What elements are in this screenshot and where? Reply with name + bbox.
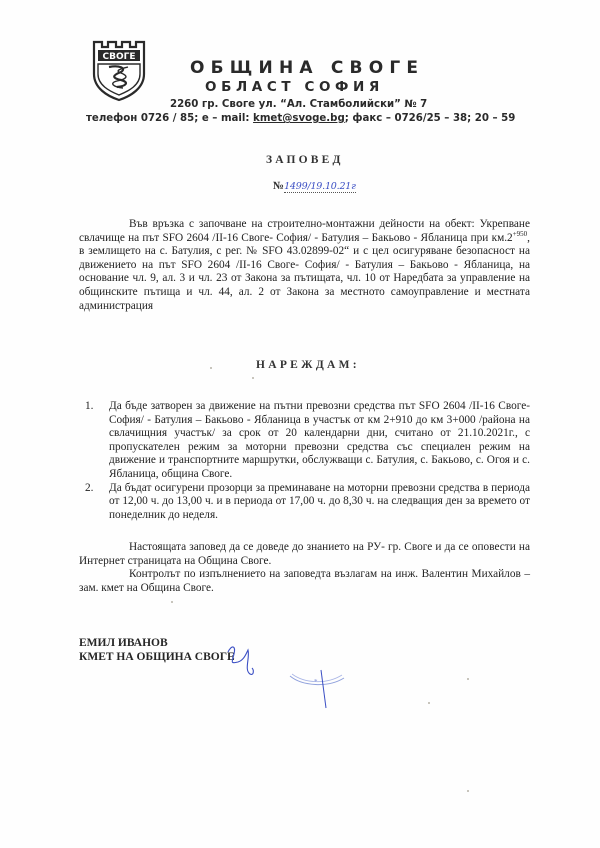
intro-paragraph: Във връзка с започване на строително-мон… <box>79 218 530 313</box>
svg-text:*: * <box>314 678 318 686</box>
order-number: 1. <box>85 400 93 414</box>
order-item: 2.Да бъдат осигурени прозорци за премина… <box>109 482 530 523</box>
order-text: Да бъдат осигурени прозорци за преминава… <box>109 482 530 521</box>
contacts-suffix: ; факс – 0726/25 – 38; 20 – 59 <box>345 113 516 124</box>
signature-icon: * <box>210 640 390 710</box>
scan-speck <box>171 601 173 603</box>
number-sign: № <box>273 180 284 192</box>
svg-text:СВОГЕ: СВОГЕ <box>103 52 136 62</box>
order-text: Да бъде затворен за движение на пътни пр… <box>109 400 530 480</box>
signer-position: КМЕТ НА ОБЩИНА СВОГЕ <box>79 650 235 664</box>
intro-superscript: +950 <box>513 230 527 238</box>
address: 2260 гр. Своге ул. “Ал. Стамболийски” № … <box>170 99 427 110</box>
municipality-name: ОБЩИНА СВОГЕ <box>190 58 424 78</box>
order-heading: НАРЕЖДАМ: <box>256 359 360 371</box>
control-paragraph: Контролът по изпълнението на заповедта в… <box>79 568 530 595</box>
document-title: ЗАПОВЕД <box>266 154 344 166</box>
signer-name: ЕМИЛ ИВАНОВ <box>79 636 235 650</box>
email-link[interactable]: kmet@svoge.bg <box>253 113 345 124</box>
order-number: 2. <box>85 482 93 496</box>
notice-text: Настоящата заповед да се доведе до знани… <box>79 541 530 567</box>
control-text: Контролът по изпълнението на заповедта в… <box>79 568 530 594</box>
notice-paragraph: Настоящата заповед да се доведе до знани… <box>79 541 530 568</box>
handwritten-number: 1499/19.10.21г <box>284 181 356 193</box>
scan-speck <box>467 790 469 792</box>
contacts-line: телефон 0726 / 85; е – mail: kmet@svoge.… <box>86 113 515 124</box>
scan-speck <box>467 678 469 680</box>
order-item: 1.Да бъде затворен за движение на пътни … <box>109 400 530 482</box>
document-page: СВОГЕ ОБЩИНА СВОГЕ ОБЛАСТ СОФИЯ 2260 гр.… <box>0 0 600 848</box>
scan-speck <box>252 377 254 379</box>
orders-list: 1.Да бъде затворен за движение на пътни … <box>109 400 530 522</box>
scan-speck <box>428 702 430 704</box>
document-number: №1499/19.10.21г <box>273 180 356 192</box>
contacts-prefix: телефон 0726 / 85; е – mail: <box>86 113 253 124</box>
municipality-crest-icon: СВОГЕ <box>91 40 147 102</box>
scan-speck <box>210 367 212 369</box>
intro-part1: Във връзка с започване на строително-мон… <box>79 218 530 244</box>
signer-block: ЕМИЛ ИВАНОВ КМЕТ НА ОБЩИНА СВОГЕ <box>79 636 235 664</box>
region-name: ОБЛАСТ СОФИЯ <box>205 79 384 95</box>
